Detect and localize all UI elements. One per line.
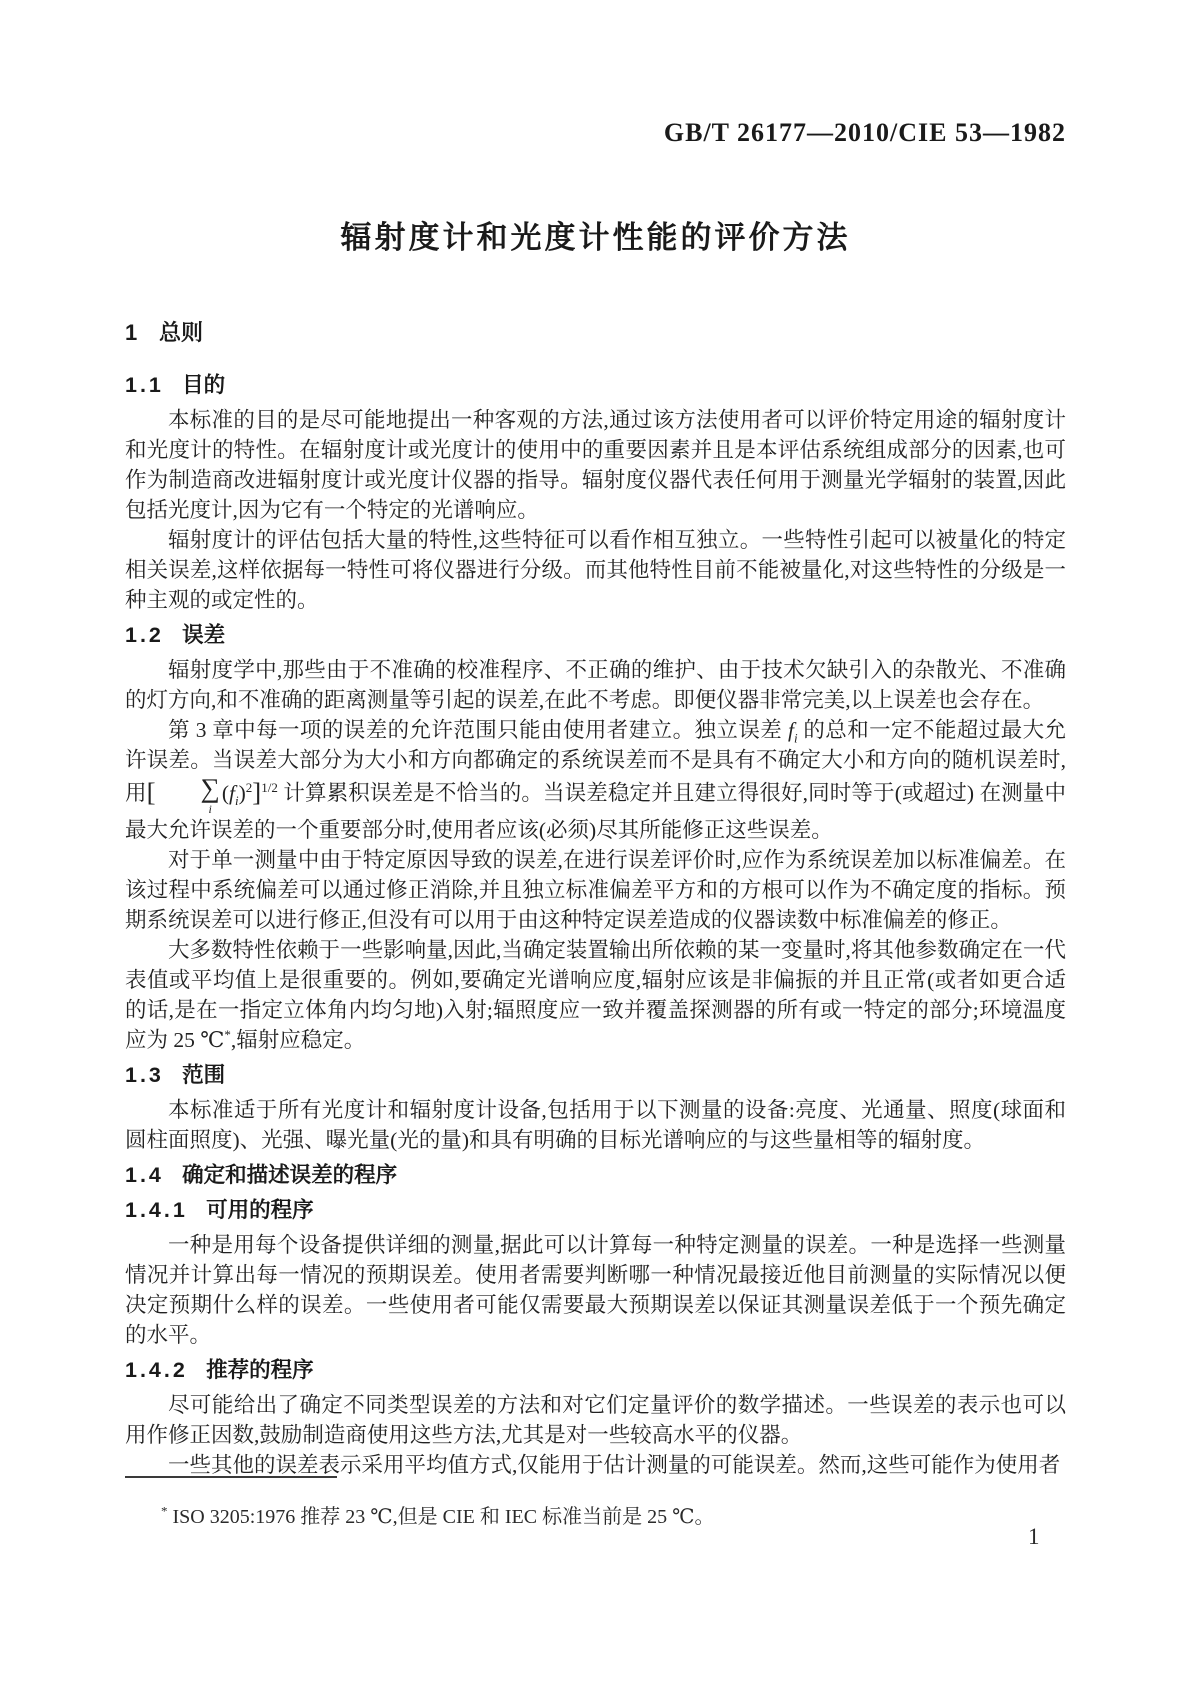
paragraph-error-1: 辐射度学中,那些由于不准确的校准程序、不正确的维护、由于技术欠缺引入的杂散光、不… [125,655,1066,715]
section-number: 1.2 [125,620,164,650]
section-heading-1-2: 1.2误差 [125,620,1066,650]
footnote-separator-rule [125,1476,337,1478]
sigma-glyph: ∑ [158,775,220,802]
section-number: 1.3 [125,1060,164,1090]
section-number: 1.4.1 [125,1195,188,1225]
formula-open-paren: ( [222,781,229,805]
formula-open-bracket: [ [147,777,156,807]
summation-symbol: ∑i [158,775,220,815]
section-heading-1-3: 1.3范围 [125,1060,1066,1090]
section-heading-1-1: 1.1目的 [125,370,1066,400]
paragraph-purpose-2: 辐射度计的评估包括大量的特性,这些特征可以看作相互独立。一些特性引起可以被量化的… [125,525,1066,615]
error-4-text-post: ,辐射应稳定。 [231,1028,365,1052]
section-title: 总则 [159,320,203,345]
section-number: 1.4.2 [125,1355,188,1385]
section-number: 1 [125,318,140,348]
paragraph-error-4: 大多数特性依赖于一些影响量,因此,当确定装置输出所依赖的某一变量时,将其他参数确… [125,935,1066,1055]
footnote-text: ISO 3205:1976 推荐 23 ℃,但是 CIE 和 IEC 标准当前是… [173,1506,715,1528]
section-title: 可用的程序 [206,1198,314,1222]
page-number: 1 [1028,1524,1040,1550]
footnote-text-line: * ISO 3205:1976 推荐 23 ℃,但是 CIE 和 IEC 标准当… [125,1500,1066,1529]
section-number: 1.4 [125,1160,164,1190]
section-title: 目的 [182,373,225,397]
standard-code: GB/T 26177—2010/CIE 53—1982 [125,118,1066,148]
section-heading-1-4-1: 1.4.1可用的程序 [125,1195,1066,1225]
formula-close-bracket: ] [252,777,261,807]
footnote-marker: * [161,1503,168,1518]
paragraph-error-2: 第 3 章中每一项的误差的允许范围只能由使用者建立。独立误差 fi 的总和一定不… [125,715,1066,845]
section-title: 推荐的程序 [206,1358,314,1382]
paragraph-error-3: 对于单一测量中由于特定原因导致的误差,在进行误差评价时,应作为系统误差加以标准偏… [125,845,1066,935]
document-page: GB/T 26177—2010/CIE 53—1982 辐射度计和光度计性能的评… [0,0,1191,1684]
formula-half-exponent: 1/2 [261,780,278,795]
page-content: GB/T 26177—2010/CIE 53—1982 辐射度计和光度计性能的评… [125,118,1066,1480]
paragraph-scope-1: 本标准适于所有光度计和辐射度计设备,包括用于以下测量的设备:亮度、光通量、照度(… [125,1095,1066,1155]
section-heading-1-4-2: 1.4.2推荐的程序 [125,1355,1066,1385]
section-title: 范围 [182,1063,225,1087]
section-heading-1-4: 1.4确定和描述误差的程序 [125,1160,1066,1190]
section-number: 1.1 [125,370,164,400]
sigma-index: i [166,803,212,815]
error-2-text-pre: 第 3 章中每一项的误差的允许范围只能由使用者建立。独立误差 [168,718,788,742]
section-title: 确定和描述误差的程序 [182,1163,397,1187]
paragraph-purpose-1: 本标准的目的是尽可能地提出一种客观的方法,通过该方法使用者可以评价特定用途的辐射… [125,405,1066,525]
section-heading-1: 1总则 [125,318,1066,348]
document-body: 1总则 1.1目的 本标准的目的是尽可能地提出一种客观的方法,通过该方法使用者可… [125,318,1066,1480]
formula-close-paren: ) [239,781,246,805]
footnote-area: * ISO 3205:1976 推荐 23 ℃,但是 CIE 和 IEC 标准当… [125,1476,1066,1529]
paragraph-procedures-available: 一种是用每个设备提供详细的测量,据此可以计算每一种特定测量的误差。一种是选择一些… [125,1230,1066,1350]
paragraph-procedures-recommended-1: 尽可能给出了确定不同类型误差的方法和对它们定量评价的数学描述。一些误差的表示也可… [125,1390,1066,1450]
document-title: 辐射度计和光度计性能的评价方法 [125,218,1066,258]
section-title: 误差 [182,623,225,647]
